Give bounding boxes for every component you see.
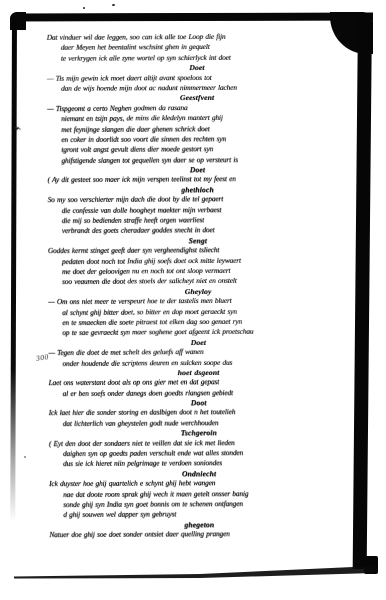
stanza: Ick laet hier die sonder storing en dasl… (49, 407, 363, 429)
stanza: So my soo verschierter mijn dach die doo… (48, 193, 362, 236)
stanza: Goddes kermt stinget geeft daer syn verg… (48, 244, 362, 287)
stanza: Natuer doe ghij soe doet sonder ontsiet … (49, 528, 363, 540)
scan-border-left (10, 14, 16, 522)
stanza: Dat vinduer wil dae leggen, soo can ick … (47, 31, 361, 64)
stanza: — Om ons niet meer te verspeurt hoe te d… (48, 295, 362, 338)
stanza: Ick duyster hoe ghij quartelich e schynt… (49, 477, 363, 520)
scan-border-bottom (0, 560, 386, 600)
scan-speck (83, 7, 85, 9)
manuscript-text-body: Dat vinduer wil dae leggen, soo can ick … (47, 31, 364, 540)
manuscript-page-scan: ↞ 300 Dat vinduer wil dae leggen, soo ca… (0, 0, 386, 600)
stanza: — Tegen die doet de met schelt des gelue… (48, 346, 362, 368)
manuscript-line: Natuer doe ghij soe doet sonder ontsiet … (49, 528, 363, 540)
scan-speck (24, 456, 26, 458)
stanza: — Tispgeomt a certo Neghen godmen da ras… (47, 102, 361, 166)
stanza: ( Eyt den doot der sondaers niet te veil… (49, 437, 363, 470)
margin-annotation-300: 300 (35, 352, 49, 363)
scan-border-top (10, 13, 373, 22)
stanza: — Tis mijn gewin ick moet daert altijt a… (47, 72, 361, 94)
stanza: Laet ons waterstant doot als op ons gier… (48, 376, 362, 398)
margin-annotation-arrow: ↞ (12, 122, 22, 135)
scan-speck (112, 4, 115, 6)
